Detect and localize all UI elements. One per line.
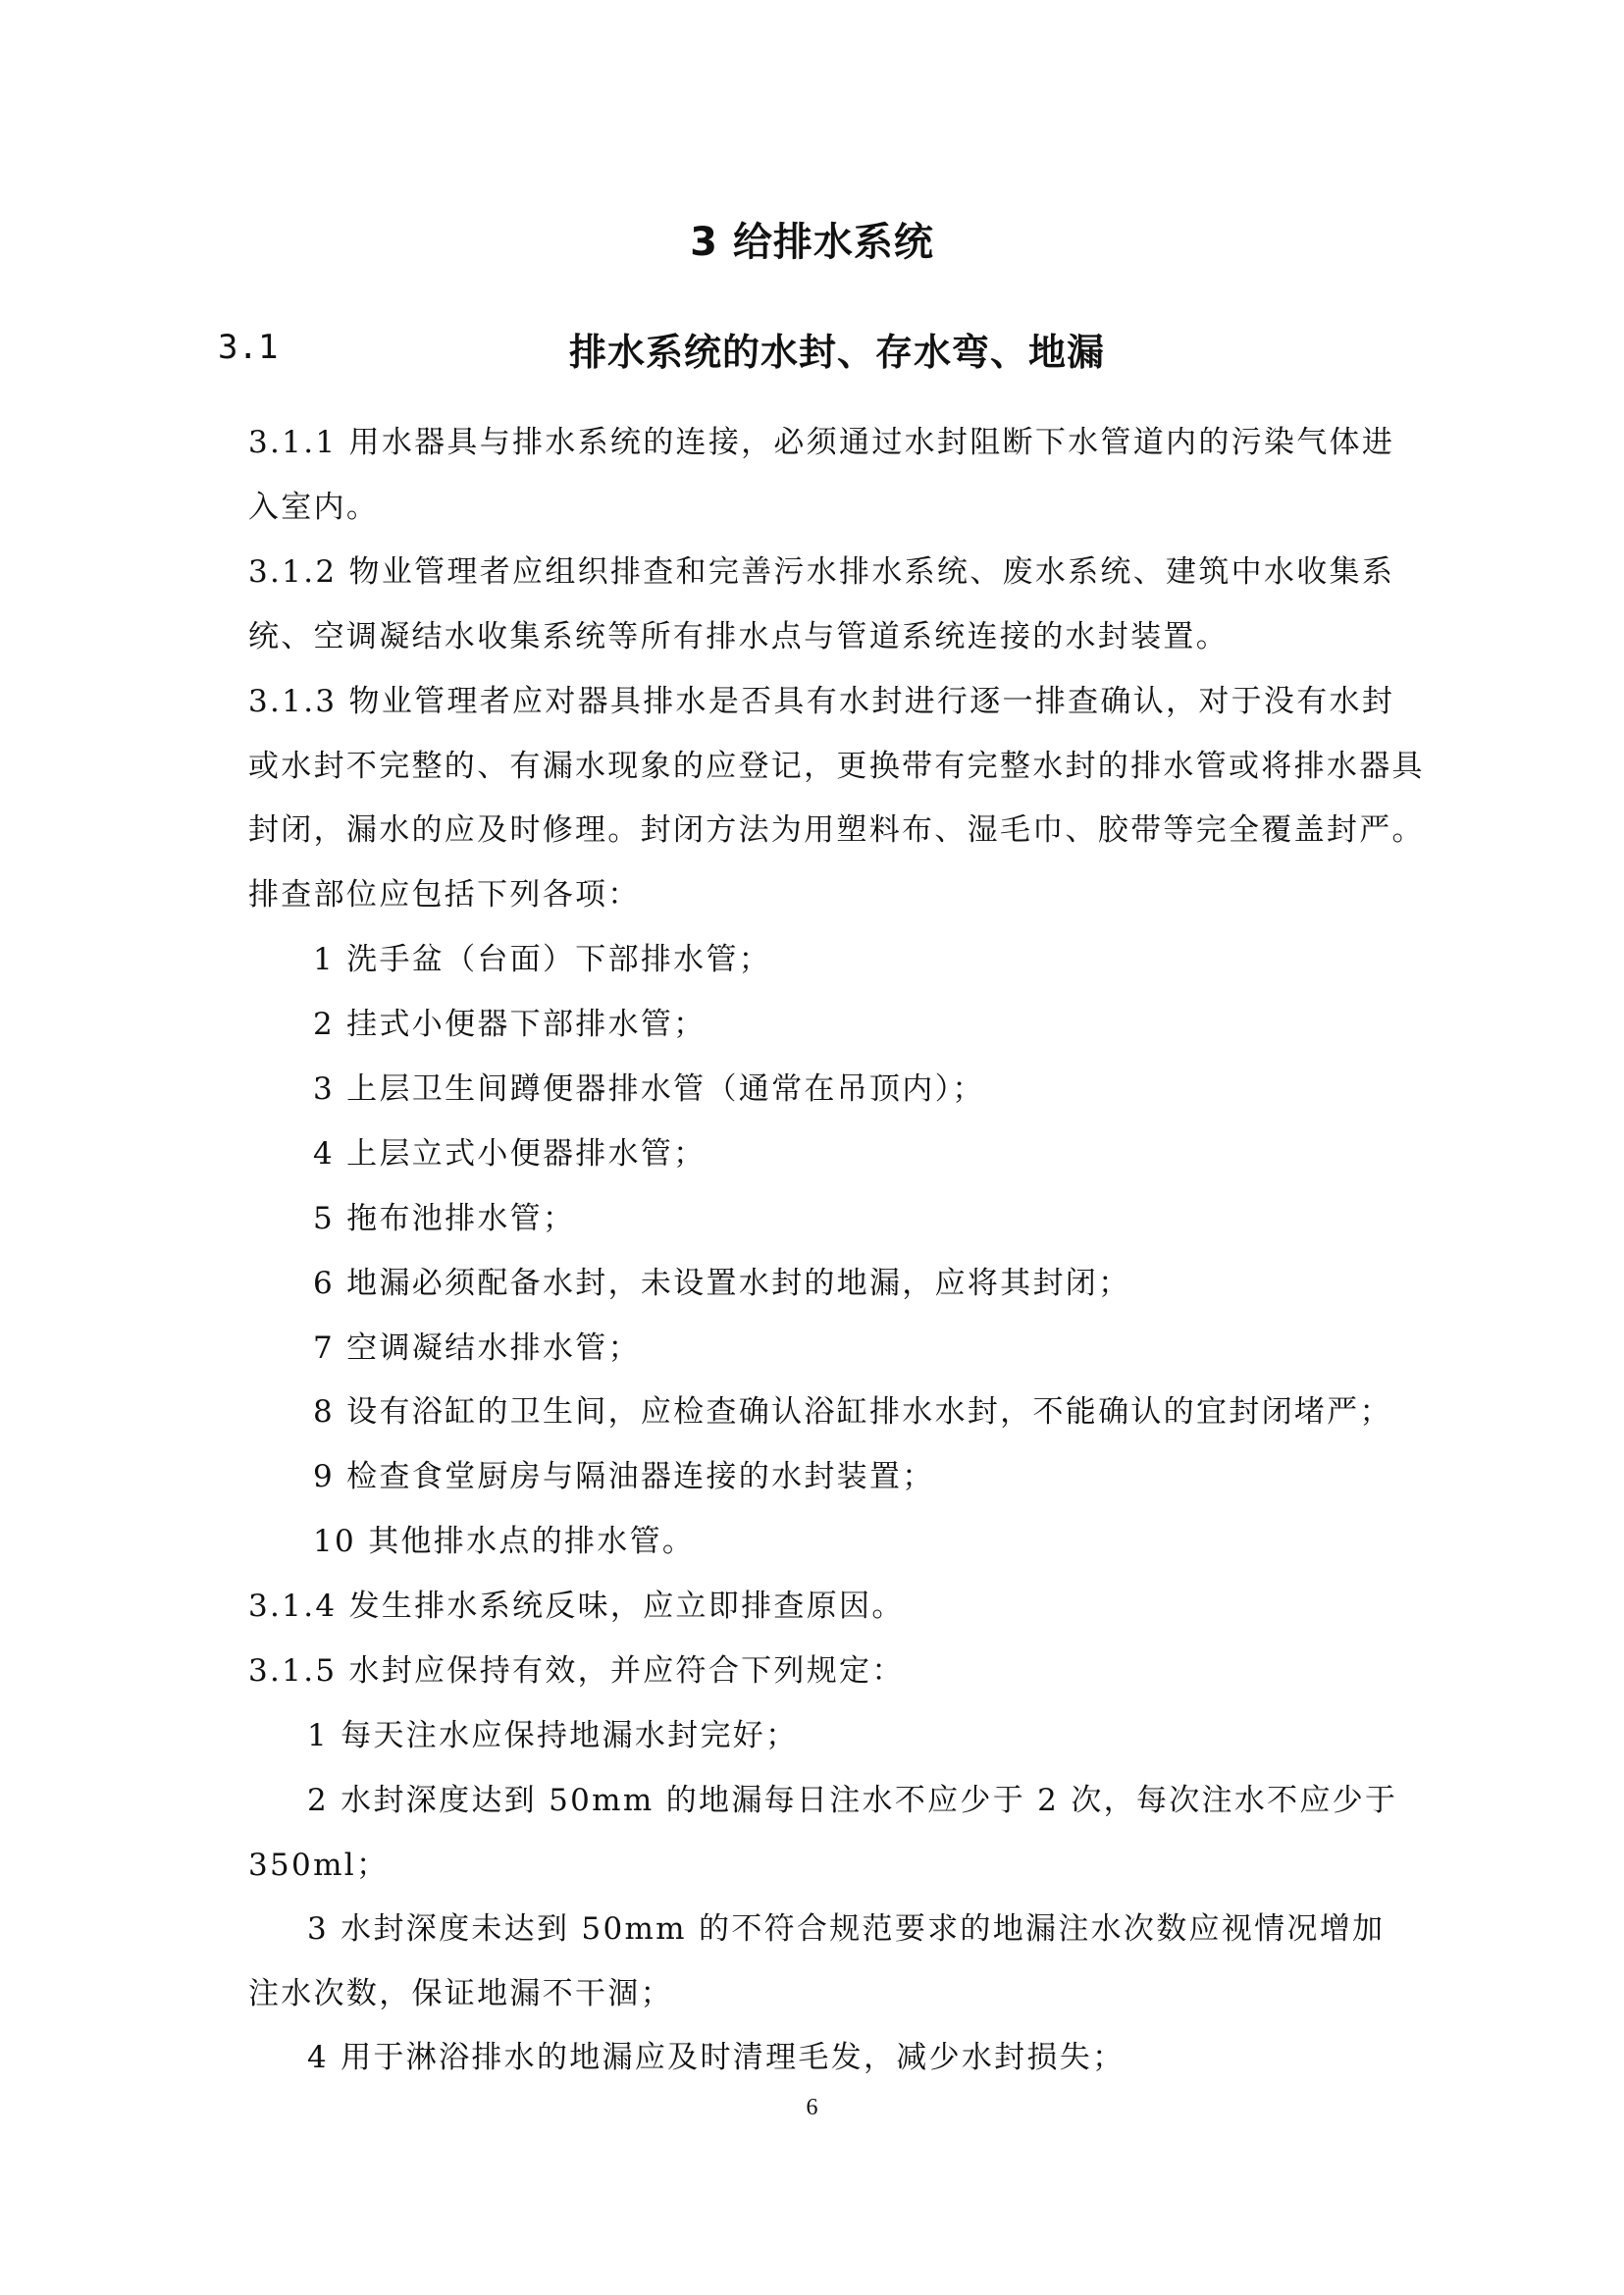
section-number: 3.1 xyxy=(218,328,278,367)
clause-3-1-2-line-2: 统、空调凝结水收集系统等所有排水点与管道系统连接的水封装置。 xyxy=(248,615,1229,658)
list-item: 3 上层卫生间蹲便器排水管（通常在吊顶内）； xyxy=(313,1068,985,1111)
list-item: 2 水封深度达到 50mm 的地漏每日注水不应少于 2 次，每次注水不应少于 xyxy=(307,1779,1397,1822)
list-item: 2 挂式小便器下部排水管； xyxy=(313,1003,706,1046)
list-item: 7 空调凝结水排水管； xyxy=(313,1327,641,1370)
list-item: 8 设有浴缸的卫生间，应检查确认浴缸排水水封，不能确认的宜封闭堵严； xyxy=(313,1390,1392,1434)
list-item: 10 其他排水点的排水管。 xyxy=(313,1520,695,1563)
list-item: 3 水封深度未达到 50mm 的不符合规范要求的地漏注水次数应视情况增加 xyxy=(307,1907,1385,1951)
list-item: 6 地漏必须配备水封，未设置水封的地漏，应将其封闭； xyxy=(313,1262,1130,1305)
clause-3-1-3-line-4: 排查部位应包括下列各项： xyxy=(248,873,641,916)
list-item: 9 检查食堂厨房与隔油器连接的水封装置； xyxy=(313,1455,935,1498)
page-number: 6 xyxy=(0,2095,1624,2121)
clause-3-1-3-line-1: 3.1.3 物业管理者应对器具排水是否具有水封进行逐一排查确认，对于没有水封 xyxy=(248,680,1394,723)
document-page: 3 给排水系统 3.1 排水系统的水封、存水弯、地漏 3.1.1 用水器具与排水… xyxy=(0,0,1624,2295)
list-item: 5 拖布池排水管； xyxy=(313,1197,575,1240)
clause-3-1-3-line-3: 封闭，漏水的应及时修理。封闭方法为用塑料布、湿毛巾、胶带等完全覆盖封严。 xyxy=(248,808,1425,852)
clause-3-1-4: 3.1.4 发生排水系统反味，应立即排查原因。 xyxy=(248,1585,905,1628)
clause-3-1-3-line-2: 或水封不完整的、有漏水现象的应登记，更换带有完整水封的排水管或将排水器具 xyxy=(248,745,1425,788)
clause-3-1-2-line-1: 3.1.2 物业管理者应组织排查和完善污水排水系统、废水系统、建筑中水收集系 xyxy=(248,550,1394,594)
clause-3-1-1-line-2: 入室内。 xyxy=(248,486,379,529)
chapter-title: 3 给排水系统 xyxy=(0,211,1624,267)
clause-3-1-1-line-1: 3.1.1 用水器具与排水系统的连接，必须通过水封阻断下水管道内的污染气体进 xyxy=(248,421,1394,464)
list-item: 4 上层立式小便器排水管； xyxy=(313,1132,706,1175)
section-title: 排水系统的水封、存水弯、地漏 xyxy=(569,322,1105,376)
list-item: 1 洗手盆（台面）下部排水管； xyxy=(313,938,771,981)
list-item-continuation: 注水次数，保证地漏不干涸； xyxy=(248,1972,673,2015)
list-item: 1 每天注水应保持地漏水封完好； xyxy=(307,1714,798,1757)
list-item-continuation: 350ml； xyxy=(248,1844,389,1887)
list-item: 4 用于淋浴排水的地漏应及时清理毛发，减少水封损失； xyxy=(307,2036,1125,2079)
clause-3-1-5: 3.1.5 水封应保持有效，并应符合下列规定： xyxy=(248,1649,905,1693)
